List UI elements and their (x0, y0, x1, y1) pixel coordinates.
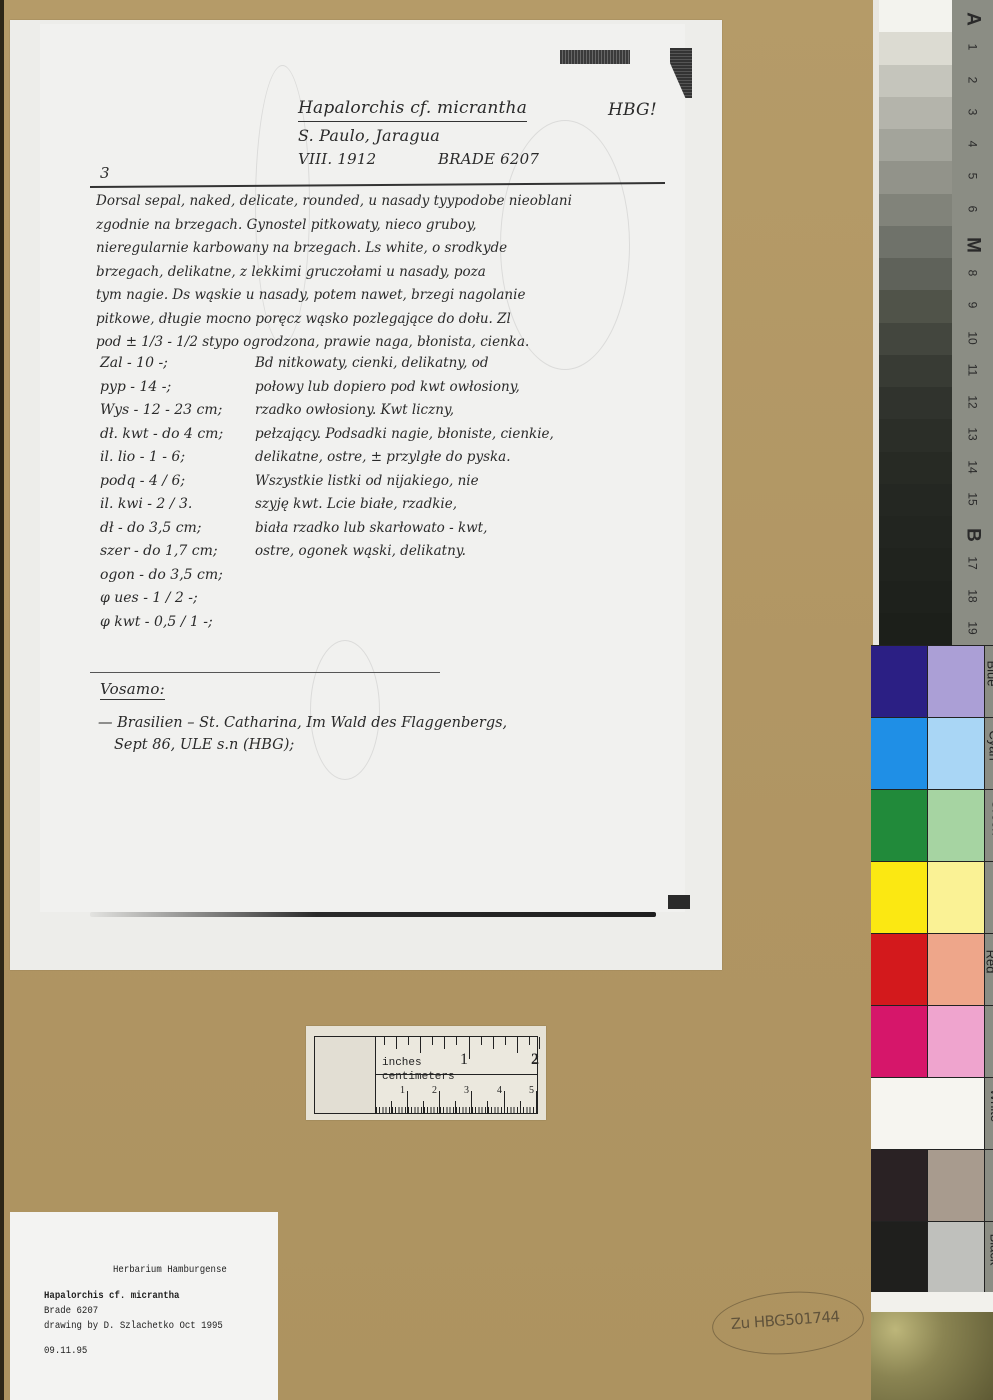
institution-name: Herbarium Hamburgense (113, 1264, 227, 1276)
description-line: pod ± 1/3 - 1/2 stypo ogrodzona, prawie … (96, 331, 666, 355)
chart-bottom-strip (871, 1292, 993, 1312)
gray-patch (879, 129, 952, 161)
color-row-red: Red (871, 933, 993, 1005)
ruler-blank-panel (315, 1037, 376, 1113)
color-patch-dark (871, 1006, 928, 1077)
gray-patch (879, 355, 952, 387)
flower-line: połowy lub dopiero pod kwt owłosiony, (255, 376, 554, 400)
measurement-item: φ kwt - 0,5 / 1 -; (100, 611, 223, 635)
color-patch-light (928, 1006, 985, 1077)
specimens-heading: Vosamo: (100, 680, 165, 700)
copy-artifact-bottom-line (90, 912, 656, 917)
flower-line: szyję kwt. Lcie białe, rzadkie, (255, 493, 554, 517)
flower-line: biała rzadko lub skarłowato - kwt, (255, 517, 554, 541)
measurement-item: pyp - 14 -; (100, 376, 223, 400)
description-line: Dorsal sepal, naked, delicate, rounded, … (96, 190, 666, 214)
ruler-inches: inches 1 2 (376, 1037, 537, 1075)
barcode-number: Zu HBG501744 (730, 1307, 840, 1333)
color-name-label: Magenta (985, 1006, 993, 1077)
flower-line: Wszystkie listki od nijakiego, nie (255, 470, 554, 494)
color-patch-dark (871, 646, 928, 717)
copy-artifact-bottom-block (668, 895, 690, 909)
measurement-item: ogon - do 3,5 cm; (100, 564, 223, 588)
collection-date: VIII. 1912 (298, 150, 376, 168)
gray-patch (879, 0, 952, 32)
specimens-list: — Brasilien – St. Catharina, Im Wald des… (98, 712, 507, 756)
specimen-line: — Brasilien – St. Catharina, Im Wald des… (98, 712, 507, 734)
scale-ruler-card: inches 1 2 centimeters 1 2 3 4 5 (306, 1026, 546, 1120)
color-name-label: Yellow (985, 862, 993, 933)
description-line: brzegach, delikatne, z lekkimi gruczołam… (96, 261, 666, 285)
color-row-green: Green (871, 789, 993, 861)
herbarium-label: Herbarium Hamburgense Hapalorchis cf. mi… (10, 1212, 278, 1400)
color-row-blue: Blue (871, 645, 993, 717)
measurement-item: Zal - 10 -; (100, 352, 223, 376)
gray-scale-label: 6 (966, 188, 980, 229)
color-patch-light (928, 1150, 985, 1221)
centimeters-label: centimeters (382, 1071, 455, 1083)
measurement-item: dł - do 3,5 cm; (100, 517, 223, 541)
color-name-label: Blue (985, 646, 993, 717)
gray-patch (879, 452, 952, 484)
faint-drawing-outline (310, 640, 380, 780)
gray-patch (879, 32, 952, 64)
cm-mark: 5 (529, 1085, 534, 1096)
gray-scale-label: 19 (966, 607, 980, 648)
herbarium-code: HBG! (608, 100, 657, 120)
gray-patch (879, 581, 952, 613)
color-name-label: Cyan (985, 718, 993, 789)
description-line: pitkowe, długie mocno poręcz wąsko pozle… (96, 308, 666, 332)
color-patch-dark (871, 1150, 928, 1221)
measurement-item: Wys - 12 - 23 cm; (100, 399, 223, 423)
gray-patch (879, 484, 952, 516)
color-row-white: White (871, 1077, 993, 1149)
color-patch-light (928, 862, 985, 933)
color-patch-dark (871, 934, 928, 1005)
inch-mark: 2 (531, 1051, 539, 1069)
color-name-label: Black (985, 1222, 993, 1293)
flower-line: Bd nitkowaty, cienki, delikatny, od (255, 352, 554, 376)
measurement-item: il. kwi - 2 / 3. (100, 493, 223, 517)
color-patch-light (928, 718, 985, 789)
cm-mark: 4 (497, 1085, 502, 1096)
flower-line: pełzający. Podsadki nagie, błoniste, cie… (255, 423, 554, 447)
drawing-note: drawing by D. Szlachetko Oct 1995 (44, 1320, 223, 1332)
gray-patch (879, 97, 952, 129)
color-patch-light (928, 1078, 985, 1149)
color-patch-dark (871, 790, 928, 861)
ruler-centimeters: centimeters 1 2 3 4 5 (376, 1075, 537, 1113)
measurement-item: φ ues - 1 / 2 -; (100, 587, 223, 611)
gray-patch (879, 387, 952, 419)
description-line: nieregularnie karbowany na brzegach. Ls … (96, 237, 666, 261)
color-patch-light (928, 790, 985, 861)
collector-number: BRADE 6207 (438, 150, 539, 168)
locality: S. Paulo, Jaragua (298, 126, 440, 145)
gray-patch (879, 194, 952, 226)
color-row-yellow: Yellow (871, 861, 993, 933)
label-date: 09.11.95 (44, 1345, 87, 1357)
color-name-label: Red (985, 934, 993, 1005)
chart-bottom-shadow (871, 1312, 993, 1400)
gray-patch (879, 548, 952, 580)
board-edge (0, 0, 4, 1400)
specimens-divider (90, 672, 440, 673)
gray-patch (879, 323, 952, 355)
measurement-item: il. lio - 1 - 6; (100, 446, 223, 470)
color-row-3color: 3/Color (871, 1149, 993, 1221)
collection-number: Brade 6207 (44, 1305, 98, 1317)
gray-scale-patches (879, 0, 952, 645)
color-name-label: Green (985, 790, 993, 861)
flower-line: ostre, ogonek wąski, delikatny. (255, 540, 554, 564)
color-patch-dark (871, 1078, 928, 1149)
gray-patch (879, 258, 952, 290)
color-patch-light (928, 1222, 985, 1293)
gray-patch (879, 419, 952, 451)
ruler-frame: inches 1 2 centimeters 1 2 3 4 5 (314, 1036, 538, 1114)
color-patch-light (928, 646, 985, 717)
inches-label: inches (382, 1057, 422, 1069)
flower-line: rzadko owłosiony. Kwt liczny, (255, 399, 554, 423)
gray-patch (879, 226, 952, 258)
description-line: tym nagie. Ds wąskie u nasady, potem naw… (96, 284, 666, 308)
copy-artifact-top (560, 50, 630, 64)
measurement-item: podq - 4 / 6; (100, 470, 223, 494)
cm-mark: 2 (432, 1085, 437, 1096)
specimen-line: Sept 86, ULE s.n (HBG); (98, 734, 507, 756)
cm-mark: 3 (464, 1085, 469, 1096)
gray-scale-label: 15 (966, 478, 980, 519)
color-patch-dark (871, 862, 928, 933)
color-name-label: White (985, 1078, 993, 1149)
color-row-black: Black (871, 1221, 993, 1293)
inch-mark: 1 (460, 1051, 468, 1069)
measurement-item: szer - do 1,7 cm; (100, 540, 223, 564)
description-paragraph: Dorsal sepal, naked, delicate, rounded, … (96, 190, 666, 355)
page-number: 3 (100, 164, 110, 182)
measurement-item: dł. kwt - do 4 cm; (100, 423, 223, 447)
cm-mark: 1 (400, 1085, 405, 1096)
color-row-magenta: Magenta (871, 1005, 993, 1077)
color-patch-dark (871, 1222, 928, 1293)
taxon-handwritten-title: Hapalorchis cf. micrantha (298, 98, 527, 122)
gray-patch (879, 613, 952, 645)
gray-patch (879, 161, 952, 193)
gray-patch (879, 290, 952, 322)
gray-patch (879, 65, 952, 97)
description-line: zgodnie na brzegach. Gynostel pitkowaty,… (96, 214, 666, 238)
color-row-cyan: Cyan (871, 717, 993, 789)
color-patches: BlueCyanGreenYellowRedMagentaWhite3/Colo… (871, 645, 993, 1293)
gray-scale-labels: A123456M89101112131415B171819 (952, 0, 993, 645)
color-patch-dark (871, 718, 928, 789)
color-patch-light (928, 934, 985, 1005)
flower-description: Bd nitkowaty, cienki, delikatny, od poło… (255, 352, 554, 564)
gray-patch (879, 516, 952, 548)
flower-line: delikatne, ostre, ± przylgłe do pyska. (255, 446, 554, 470)
measurements-list: Zal - 10 -; pyp - 14 -; Wys - 12 - 23 cm… (100, 352, 223, 634)
color-name-label: 3/Color (985, 1150, 993, 1221)
taxon-name: Hapalorchis cf. micrantha (44, 1290, 179, 1302)
